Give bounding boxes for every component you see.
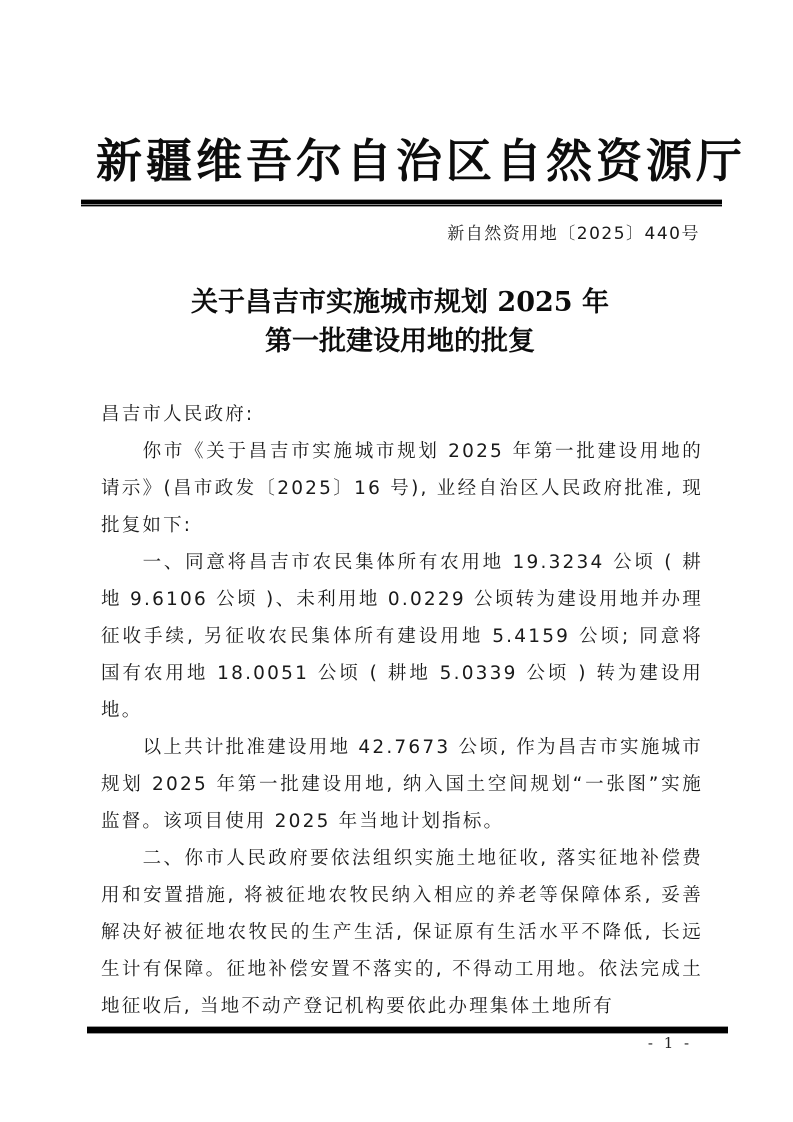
- footer-divider: [87, 1026, 728, 1034]
- paragraph-approval-total: 以上共计批准建设用地 42.7673 公顷, 作为昌吉市实施城市规划 2025 …: [101, 729, 703, 840]
- issuer-masthead: 新疆维吾尔自治区自然资源厅: [96, 130, 706, 192]
- paragraph-approval-item-1: 一、同意将昌吉市农民集体所有农用地 19.3234 公顷 ( 耕地 9.6106…: [101, 544, 703, 729]
- paragraph-approval-item-2: 二、你市人民政府要依法组织实施土地征收, 落实征地补偿费用和安置措施, 将被征地…: [101, 840, 703, 1025]
- page-number: - 1 -: [640, 1032, 700, 1054]
- salutation: 昌吉市人民政府:: [101, 396, 703, 433]
- document-title-line-2: 第一批建设用地的批复: [100, 322, 700, 361]
- masthead-divider: [81, 199, 722, 207]
- document-title: 关于昌吉市实施城市规划 2025 年 第一批建设用地的批复: [100, 283, 700, 361]
- masthead-divider-inner-line: [81, 204, 722, 205]
- document-body: 昌吉市人民政府: 你市《关于昌吉市实施城市规划 2025 年第一批建设用地的请示…: [101, 396, 703, 1025]
- document-title-line-1: 关于昌吉市实施城市规划 2025 年: [100, 283, 700, 322]
- document-number: 新自然资用地〔2025〕440号: [447, 222, 700, 246]
- paragraph-request-reference: 你市《关于昌吉市实施城市规划 2025 年第一批建设用地的请示》(昌市政发〔20…: [101, 433, 703, 544]
